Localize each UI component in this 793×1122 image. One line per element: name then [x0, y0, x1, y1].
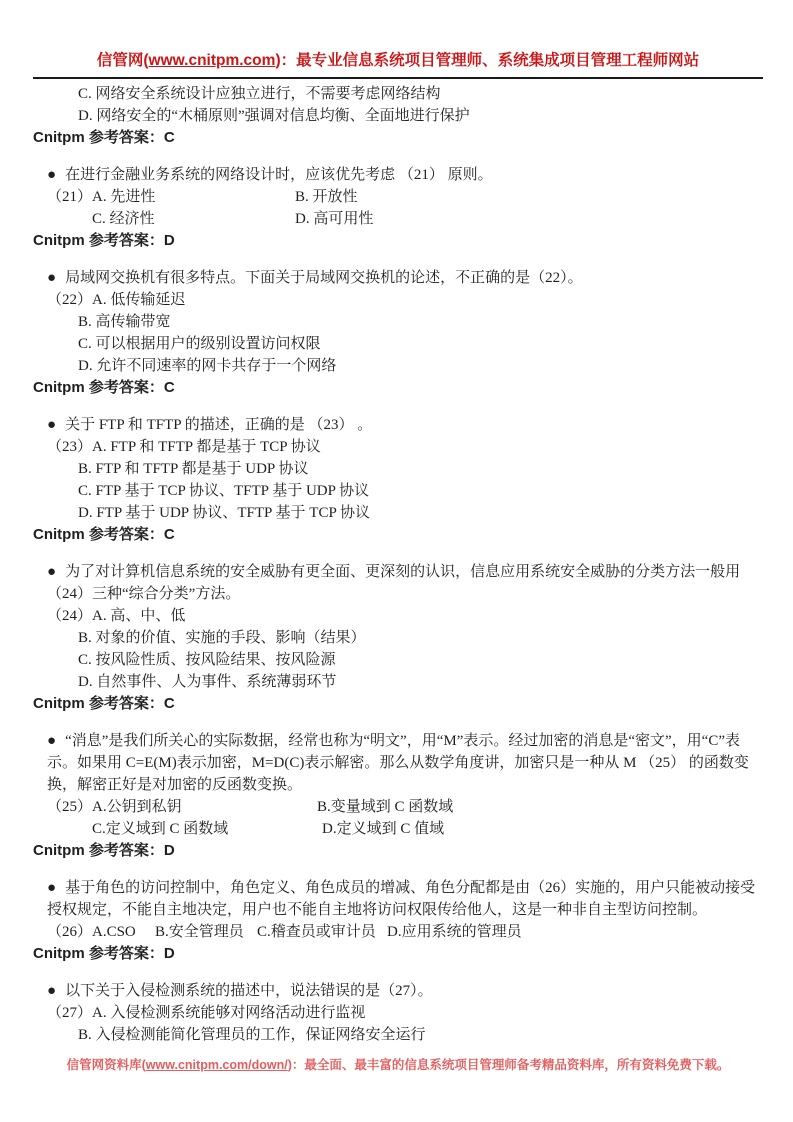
question-23-block: ●关于 FTP 和 TFTP 的描述，正确的是 （23） 。 （23）A. FT…: [33, 414, 763, 546]
option-line-b: B. 入侵检测能简化管理员的工作，保证网络安全运行: [33, 1024, 763, 1046]
option-line-a: （23）A. FTP 和 TFTP 都是基于 TCP 协议: [33, 436, 763, 458]
bullet-icon: ●: [47, 417, 56, 433]
question-stem-text: 在进行金融业务系统的网络设计时，应该优先考虑 （21） 原则。: [65, 167, 493, 183]
option-line-d: D. 允许不同速率的网卡共存于一个网络: [33, 355, 763, 377]
question-stem: ●为了对计算机信息系统的安全威胁有更全面、更深刻的认识，信息应用系统安全威胁的分…: [33, 561, 763, 605]
option-line-b: B.安全管理员: [155, 921, 257, 943]
answer-line: Cnitpm 参考答案：C: [33, 524, 763, 546]
question-stem-text: 基于角色的访问控制中，角色定义、角色成员的增减、角色分配都是由（26）实施的，用…: [47, 880, 755, 918]
option-line-c: C. 按风险性质、按风险结果、按风险源: [33, 649, 763, 671]
bullet-icon: ●: [47, 880, 56, 896]
question-stem: ●基于角色的访问控制中，角色定义、角色成员的增减、角色分配都是由（26）实施的，…: [33, 877, 763, 921]
option-row: C. 经济性D. 高可用性: [33, 208, 763, 230]
option-line-d: D.定义域到 C 值域: [322, 818, 444, 840]
option-line-a: （21）A. 先进性: [47, 186, 295, 208]
question-stem-text: “消息”是我们所关心的实际数据，经常也称为“明文”，用“M”表示。经过加密的消息…: [47, 733, 749, 793]
footer-download-link[interactable]: www.cnitpm.com/down/: [146, 1058, 288, 1072]
question-stem: ●局域网交换机有很多特点。下面关于局域网交换机的论述，不正确的是（22）。: [33, 267, 763, 289]
header-tagline: )：最专业信息系统项目管理师、系统集成项目管理工程师网站: [275, 52, 699, 69]
answer-line: Cnitpm 参考答案：C: [33, 127, 763, 149]
answer-line: Cnitpm 参考答案：D: [33, 840, 763, 862]
document-page: 信管网(www.cnitpm.com)：最专业信息系统项目管理师、系统集成项目管…: [0, 0, 793, 1122]
question-24-block: ●为了对计算机信息系统的安全威胁有更全面、更深刻的认识，信息应用系统安全威胁的分…: [33, 561, 763, 715]
option-line-b: B.变量域到 C 函数域: [317, 796, 453, 818]
option-line-c: C.定义域到 C 函数域: [92, 818, 322, 840]
question-stem: ●在进行金融业务系统的网络设计时，应该优先考虑 （21） 原则。: [33, 164, 763, 186]
option-line-b: B. 高传输带宽: [33, 311, 763, 333]
bullet-icon: ●: [47, 733, 56, 749]
option-line-b: B. FTP 和 TFTP 都是基于 UDP 协议: [33, 458, 763, 480]
answer-line: Cnitpm 参考答案：D: [33, 943, 763, 965]
bullet-icon: ●: [47, 564, 56, 580]
option-line-b: B. 对象的价值、实施的手段、影响（结果）: [33, 627, 763, 649]
question-25-block: ●“消息”是我们所关心的实际数据，经常也称为“明文”，用“M”表示。经过加密的消…: [33, 730, 763, 862]
question-21-block: ●在进行金融业务系统的网络设计时，应该优先考虑 （21） 原则。 （21）A. …: [33, 164, 763, 252]
question-20-block: C. 网络安全系统设计应独立进行，不需要考虑网络结构 D. 网络安全的“木桶原则…: [33, 83, 763, 149]
footer-tagline: )：最全面、最丰富的信息系统项目管理师备考精品资料库，所有资料免费下载。: [288, 1058, 730, 1072]
question-22-block: ●局域网交换机有很多特点。下面关于局域网交换机的论述，不正确的是（22）。 （2…: [33, 267, 763, 399]
header-site-name: 信管网(: [97, 52, 149, 69]
option-row: （26）A.CSOB.安全管理员C.稽查员或审计员D.应用系统的管理员: [33, 921, 763, 943]
option-row: （25）A.公钥到私钥B.变量域到 C 函数域: [33, 796, 763, 818]
answer-line: Cnitpm 参考答案：C: [33, 377, 763, 399]
option-line-c: C.稽查员或审计员: [257, 921, 387, 943]
bullet-icon: ●: [47, 983, 56, 999]
option-line-c: C. FTP 基于 TCP 协议、TFTP 基于 UDP 协议: [33, 480, 763, 502]
question-stem-text: 局域网交换机有很多特点。下面关于局域网交换机的论述，不正确的是（22）。: [65, 270, 583, 286]
answer-line: Cnitpm 参考答案：C: [33, 693, 763, 715]
header-site-link[interactable]: www.cnitpm.com: [149, 52, 276, 69]
page-header: 信管网(www.cnitpm.com)：最专业信息系统项目管理师、系统集成项目管…: [33, 50, 763, 72]
option-line-c: C. 网络安全系统设计应独立进行，不需要考虑网络结构: [33, 83, 763, 105]
question-stem-text: 以下关于入侵检测系统的描述中，说法错误的是（27）。: [65, 983, 433, 999]
header-divider: [33, 77, 763, 79]
option-line-a: （26）A.CSO: [47, 921, 155, 943]
question-stem-text: 关于 FTP 和 TFTP 的描述，正确的是 （23） 。: [65, 417, 372, 433]
bullet-icon: ●: [47, 167, 56, 183]
option-row: （21）A. 先进性B. 开放性: [33, 186, 763, 208]
option-line-d: D. 高可用性: [295, 208, 373, 230]
question-stem: ●以下关于入侵检测系统的描述中，说法错误的是（27）。: [33, 980, 763, 1002]
option-row: C.定义域到 C 函数域D.定义域到 C 值域: [33, 818, 763, 840]
option-line-d: D.应用系统的管理员: [387, 921, 522, 943]
question-27-block: ●以下关于入侵检测系统的描述中，说法错误的是（27）。 （27）A. 入侵检测系…: [33, 980, 763, 1046]
answer-line: Cnitpm 参考答案：D: [33, 230, 763, 252]
option-line-b: B. 开放性: [295, 186, 358, 208]
page-footer: 信管网资料库(www.cnitpm.com/down/)：最全面、最丰富的信息系…: [33, 1054, 763, 1076]
option-line-c: C. 经济性: [92, 208, 295, 230]
option-line-d: D. 网络安全的“木桶原则”强调对信息均衡、全面地进行保护: [33, 105, 763, 127]
question-stem: ●“消息”是我们所关心的实际数据，经常也称为“明文”，用“M”表示。经过加密的消…: [33, 730, 763, 796]
question-stem-text: 为了对计算机信息系统的安全威胁有更全面、更深刻的认识，信息应用系统安全威胁的分类…: [47, 564, 740, 602]
option-line-a: （22）A. 低传输延迟: [33, 289, 763, 311]
option-line-d: D. 自然事件、人为事件、系统薄弱环节: [33, 671, 763, 693]
option-line-a: （24）A. 高、中、低: [33, 605, 763, 627]
option-line-a: （25）A.公钥到私钥: [47, 796, 317, 818]
footer-label: 信管网资料库(: [67, 1058, 146, 1072]
option-line-a: （27）A. 入侵检测系统能够对网络活动进行监视: [33, 1002, 763, 1024]
option-line-c: C. 可以根据用户的级别设置访问权限: [33, 333, 763, 355]
question-stem: ●关于 FTP 和 TFTP 的描述，正确的是 （23） 。: [33, 414, 763, 436]
option-line-d: D. FTP 基于 UDP 协议、TFTP 基于 TCP 协议: [33, 502, 763, 524]
bullet-icon: ●: [47, 270, 56, 286]
question-26-block: ●基于角色的访问控制中，角色定义、角色成员的增减、角色分配都是由（26）实施的，…: [33, 877, 763, 965]
